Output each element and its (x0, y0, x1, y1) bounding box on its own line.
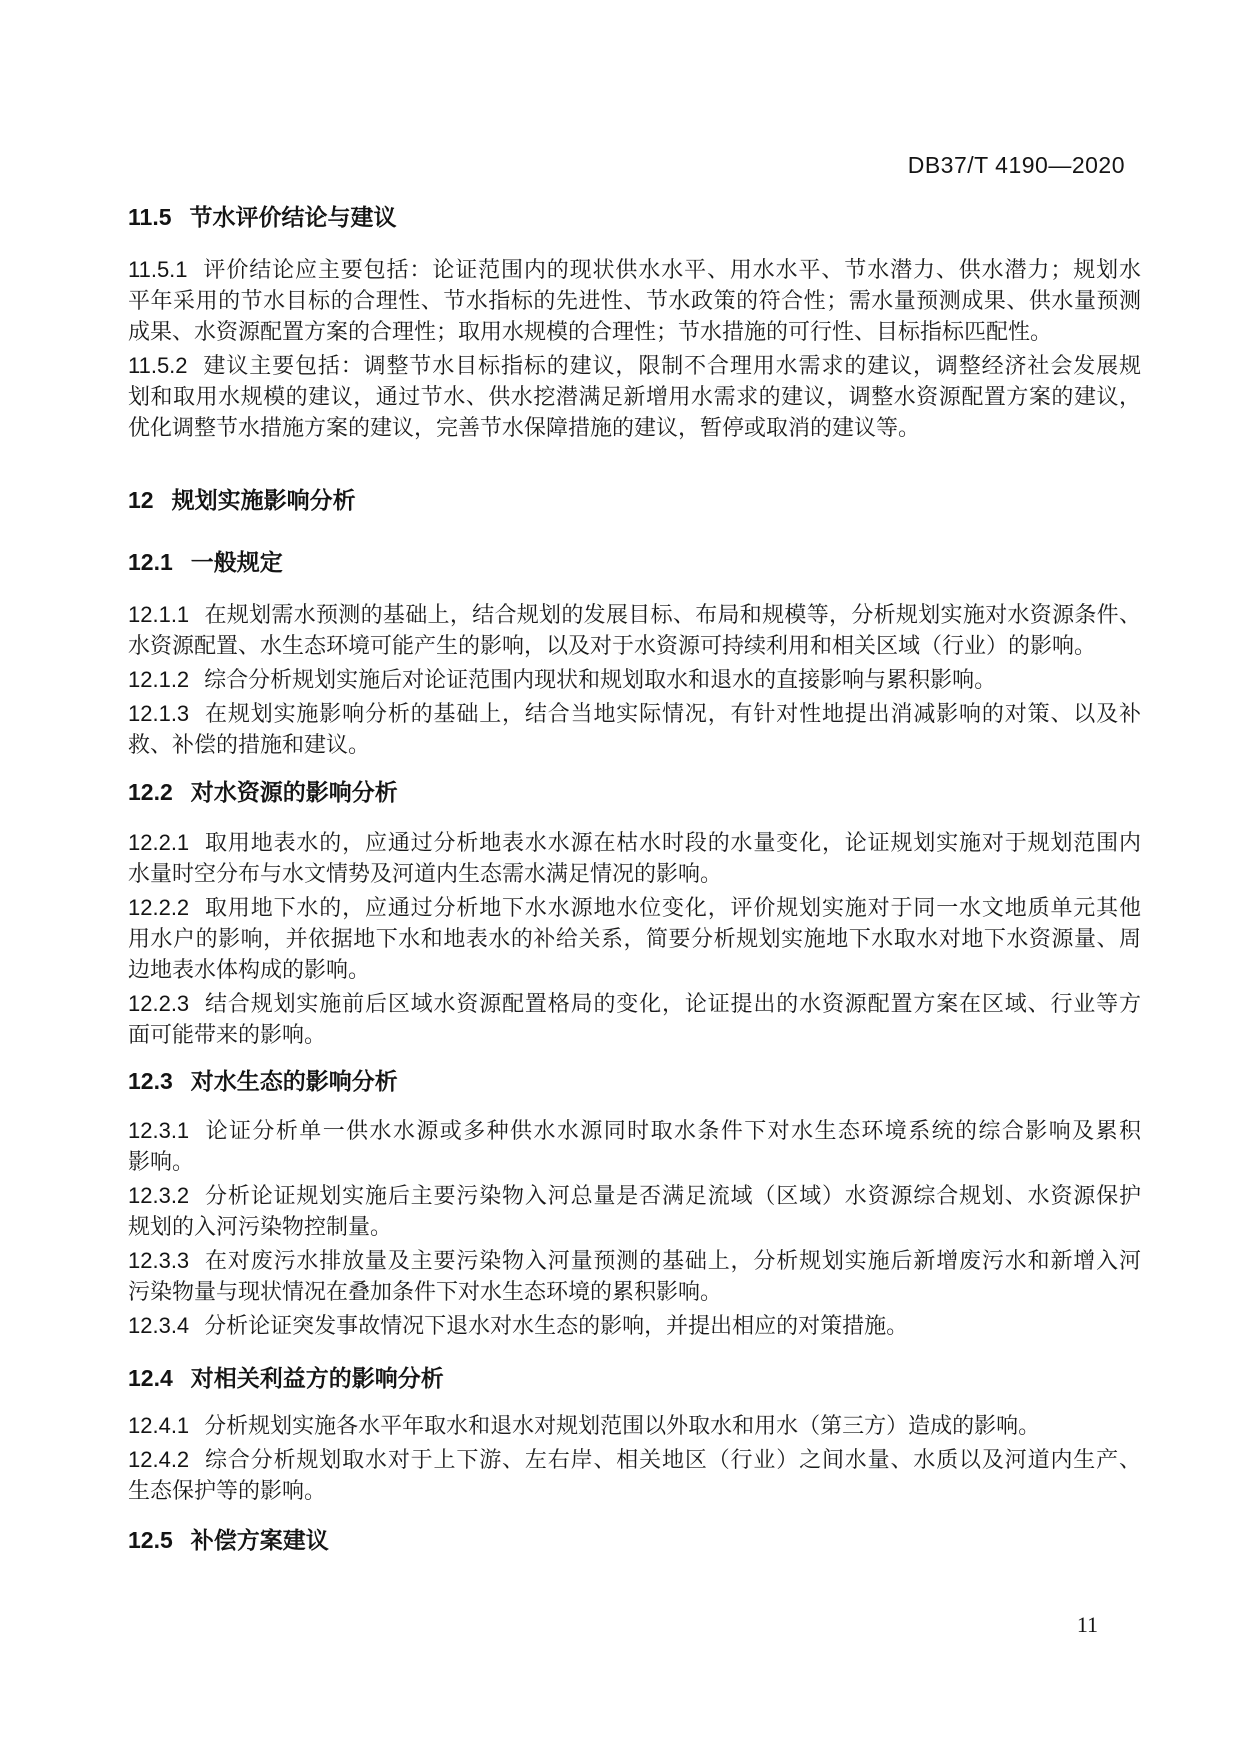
clause-line: 水量时空分布与水文情势及河道内生态需水满足情况的影响。 (128, 858, 1141, 889)
section-number: 12.3 (128, 1066, 173, 1097)
section-title: 对水资源的影响分析 (191, 779, 398, 805)
clause-12-3-3: 12.3.3在对废污水排放量及主要污染物入河量预测的基础上，分析规划实施后新增废… (128, 1245, 1141, 1307)
section-title: 节水评价结论与建议 (190, 204, 397, 230)
section-number: 12.2 (128, 777, 173, 808)
clause-number: 11.5.2 (128, 353, 188, 378)
clause-text: 在规划实施影响分析的基础上，结合当地实际情况，有针对性地提出消减影响的对策、以及… (204, 701, 1141, 726)
section-number: 12.4 (128, 1363, 173, 1394)
page-number: 11 (1077, 1612, 1098, 1638)
clause-text: 取用地下水的，应通过分析地下水水源地水位变化，评价规划实施对于同一水文地质单元其… (204, 895, 1141, 920)
section-title: 对水生态的影响分析 (191, 1068, 398, 1094)
chapter-number: 12 (128, 485, 154, 516)
clause-line: 生态保护等的影响。 (128, 1475, 1141, 1506)
clause-text: 分析规划实施各水平年取水和退水对规划范围以外取水和用水（第三方）造成的影响。 (204, 1413, 1040, 1438)
clause-text: 取用地表水的，应通过分析地表水水源在枯水时段的水量变化，论证规划实施对于规划范围… (204, 830, 1141, 855)
chapter-heading-12: 12规划实施影响分析 (128, 485, 1141, 516)
clause-text: 建议主要包括：调整节水目标指标的建议，限制不合理用水需求的建议，调整经济社会发展… (203, 353, 1141, 378)
clause-12-2-2: 12.2.2取用地下水的，应通过分析地下水水源地水位变化，评价规划实施对于同一水… (128, 892, 1141, 985)
clause-group-12-2: 12.2.1取用地表水的，应通过分析地表水水源在枯水时段的水量变化，论证规划实施… (128, 827, 1141, 1050)
clause-number: 12.1.2 (128, 667, 189, 692)
clause-group-11-5: 11.5.1评价结论应主要包括：论证范围内的现状供水水平、用水水平、节水潜力、供… (128, 254, 1141, 443)
section-heading-12-5: 12.5补偿方案建议 (128, 1525, 1141, 1556)
clause-number: 12.3.1 (128, 1118, 189, 1143)
clause-group-12-4: 12.4.1分析规划实施各水平年取水和退水对规划范围以外取水和用水（第三方）造成… (128, 1410, 1141, 1506)
clause-12-4-2: 12.4.2综合分析规划取水对于上下游、左右岸、相关地区（行业）之间水量、水质以… (128, 1444, 1141, 1506)
clause-12-3-2: 12.3.2分析论证规划实施后主要污染物入河总量是否满足流域（区域）水资源综合规… (128, 1180, 1141, 1242)
clause-line: 12.4.2综合分析规划取水对于上下游、左右岸、相关地区（行业）之间水量、水质以… (128, 1444, 1141, 1475)
clause-12-3-1: 12.3.1论证分析单一供水水源或多种供水水源同时取水条件下对水生态环境系统的综… (128, 1115, 1141, 1177)
section-heading-11-5: 11.5节水评价结论与建议 (128, 202, 1141, 233)
clause-line: 12.4.1分析规划实施各水平年取水和退水对规划范围以外取水和用水（第三方）造成… (128, 1410, 1141, 1441)
clause-line: 12.1.3在规划实施影响分析的基础上，结合当地实际情况，有针对性地提出消减影响… (128, 698, 1141, 729)
clause-number: 12.3.4 (128, 1313, 189, 1338)
clause-line: 救、补偿的措施和建议。 (128, 729, 1141, 760)
clause-line: 影响。 (128, 1146, 1141, 1177)
clause-line: 划和取用水规模的建议，通过节水、供水挖潜满足新增用水需求的建议，调整水资源配置方… (128, 381, 1141, 412)
clause-12-1-1: 12.1.1在规划需水预测的基础上，结合规划的发展目标、布局和规模等，分析规划实… (128, 599, 1141, 661)
document-code-header: DB37/T 4190—2020 (128, 150, 1141, 181)
clause-group-12-3: 12.3.1论证分析单一供水水源或多种供水水源同时取水条件下对水生态环境系统的综… (128, 1115, 1141, 1341)
clause-line: 规划的入河污染物控制量。 (128, 1211, 1141, 1242)
clause-line: 12.3.1论证分析单一供水水源或多种供水水源同时取水条件下对水生态环境系统的综… (128, 1115, 1141, 1146)
clause-12-2-3: 12.2.3结合规划实施前后区域水资源配置格局的变化，论证提出的水资源配置方案在… (128, 988, 1141, 1050)
section-heading-12-3: 12.3对水生态的影响分析 (128, 1066, 1141, 1097)
clause-number: 11.5.1 (128, 257, 188, 282)
clause-text: 分析论证突发事故情况下退水对水生态的影响，并提出相应的对策措施。 (204, 1313, 908, 1338)
clause-text: 评价结论应主要包括：论证范围内的现状供水水平、用水水平、节水潜力、供水潜力；规划… (203, 257, 1141, 282)
clause-line: 12.3.4分析论证突发事故情况下退水对水生态的影响，并提出相应的对策措施。 (128, 1310, 1141, 1341)
clause-text: 综合分析规划实施后对论证范围内现状和规划取水和退水的直接影响与累积影响。 (204, 667, 996, 692)
section-number: 11.5 (128, 202, 172, 233)
clause-number: 12.1.3 (128, 701, 189, 726)
clause-12-4-1: 12.4.1分析规划实施各水平年取水和退水对规划范围以外取水和用水（第三方）造成… (128, 1410, 1141, 1441)
clause-number: 12.4.1 (128, 1413, 189, 1438)
clause-line: 12.1.2综合分析规划实施后对论证范围内现状和规划取水和退水的直接影响与累积影… (128, 664, 1141, 695)
clause-12-2-1: 12.2.1取用地表水的，应通过分析地表水水源在枯水时段的水量变化，论证规划实施… (128, 827, 1141, 889)
section-heading-12-2: 12.2对水资源的影响分析 (128, 777, 1141, 808)
clause-line: 12.2.2取用地下水的，应通过分析地下水水源地水位变化，评价规划实施对于同一水… (128, 892, 1141, 923)
clause-number: 12.1.1 (128, 602, 189, 627)
clause-12-1-2: 12.1.2综合分析规划实施后对论证范围内现状和规划取水和退水的直接影响与累积影… (128, 664, 1141, 695)
clause-line: 边地表水体构成的影响。 (128, 954, 1141, 985)
clause-line: 11.5.1评价结论应主要包括：论证范围内的现状供水水平、用水水平、节水潜力、供… (128, 254, 1141, 285)
section-heading-12-1: 12.1一般规定 (128, 547, 1141, 578)
clause-text: 结合规划实施前后区域水资源配置格局的变化，论证提出的水资源配置方案在区域、行业等… (204, 991, 1141, 1016)
clause-number: 12.2.2 (128, 895, 189, 920)
clause-line: 12.2.1取用地表水的，应通过分析地表水水源在枯水时段的水量变化，论证规划实施… (128, 827, 1141, 858)
clause-number: 12.2.3 (128, 991, 189, 1016)
clause-line: 12.1.1在规划需水预测的基础上，结合规划的发展目标、布局和规模等，分析规划实… (128, 599, 1141, 630)
clause-12-3-4: 12.3.4分析论证突发事故情况下退水对水生态的影响，并提出相应的对策措施。 (128, 1310, 1141, 1341)
clause-11-5-2: 11.5.2建议主要包括：调整节水目标指标的建议，限制不合理用水需求的建议，调整… (128, 350, 1141, 443)
clause-line: 平年采用的节水目标的合理性、节水指标的先进性、节水政策的符合性；需水量预测成果、… (128, 285, 1141, 316)
clause-line: 12.2.3结合规划实施前后区域水资源配置格局的变化，论证提出的水资源配置方案在… (128, 988, 1141, 1019)
clause-line: 成果、水资源配置方案的合理性；取用水规模的合理性；节水措施的可行性、目标指标匹配… (128, 316, 1141, 347)
page-content: DB37/T 4190—2020 11.5节水评价结论与建议 11.5.1评价结… (128, 0, 1141, 1556)
clause-group-12-1: 12.1.1在规划需水预测的基础上，结合规划的发展目标、布局和规模等，分析规划实… (128, 599, 1141, 760)
clause-number: 12.3.2 (128, 1183, 189, 1208)
clause-text: 综合分析规划取水对于上下游、左右岸、相关地区（行业）之间水量、水质以及河道内生产… (204, 1447, 1141, 1472)
document-page: DB37/T 4190—2020 11.5节水评价结论与建议 11.5.1评价结… (0, 0, 1241, 1755)
clause-11-5-1: 11.5.1评价结论应主要包括：论证范围内的现状供水水平、用水水平、节水潜力、供… (128, 254, 1141, 347)
clause-line: 优化调整节水措施方案的建议，完善节水保障措施的建议，暂停或取消的建议等。 (128, 412, 1141, 443)
clause-12-1-3: 12.1.3在规划实施影响分析的基础上，结合当地实际情况，有针对性地提出消减影响… (128, 698, 1141, 760)
clause-line: 11.5.2建议主要包括：调整节水目标指标的建议，限制不合理用水需求的建议，调整… (128, 350, 1141, 381)
clause-text: 在规划需水预测的基础上，结合规划的发展目标、布局和规模等，分析规划实施对水资源条… (204, 602, 1141, 627)
section-heading-12-4: 12.4对相关利益方的影响分析 (128, 1363, 1141, 1394)
clause-line: 水资源配置、水生态环境可能产生的影响，以及对于水资源可持续利用和相关区域（行业）… (128, 630, 1141, 661)
clause-text: 论证分析单一供水水源或多种供水水源同时取水条件下对水生态环境系统的综合影响及累积 (204, 1118, 1141, 1143)
clause-number: 12.2.1 (128, 830, 189, 855)
clause-line: 12.3.3在对废污水排放量及主要污染物入河量预测的基础上，分析规划实施后新增废… (128, 1245, 1141, 1276)
section-title: 补偿方案建议 (191, 1527, 329, 1553)
clause-line: 面可能带来的影响。 (128, 1019, 1141, 1050)
clause-text: 在对废污水排放量及主要污染物入河量预测的基础上，分析规划实施后新增废污水和新增入… (204, 1248, 1141, 1273)
section-title: 一般规定 (191, 549, 283, 575)
clause-number: 12.4.2 (128, 1447, 189, 1472)
clause-line: 12.3.2分析论证规划实施后主要污染物入河总量是否满足流域（区域）水资源综合规… (128, 1180, 1141, 1211)
clause-line: 污染物量与现状情况在叠加条件下对水生态环境的累积影响。 (128, 1276, 1141, 1307)
clause-number: 12.3.3 (128, 1248, 189, 1273)
section-number: 12.5 (128, 1525, 173, 1556)
chapter-title: 规划实施影响分析 (172, 487, 356, 513)
clause-line: 用水户的影响，并依据地下水和地表水的补给关系，简要分析规划实施地下水取水对地下水… (128, 923, 1141, 954)
section-number: 12.1 (128, 547, 173, 578)
section-title: 对相关利益方的影响分析 (191, 1365, 444, 1391)
clause-text: 分析论证规划实施后主要污染物入河总量是否满足流域（区域）水资源综合规划、水资源保… (204, 1183, 1141, 1208)
